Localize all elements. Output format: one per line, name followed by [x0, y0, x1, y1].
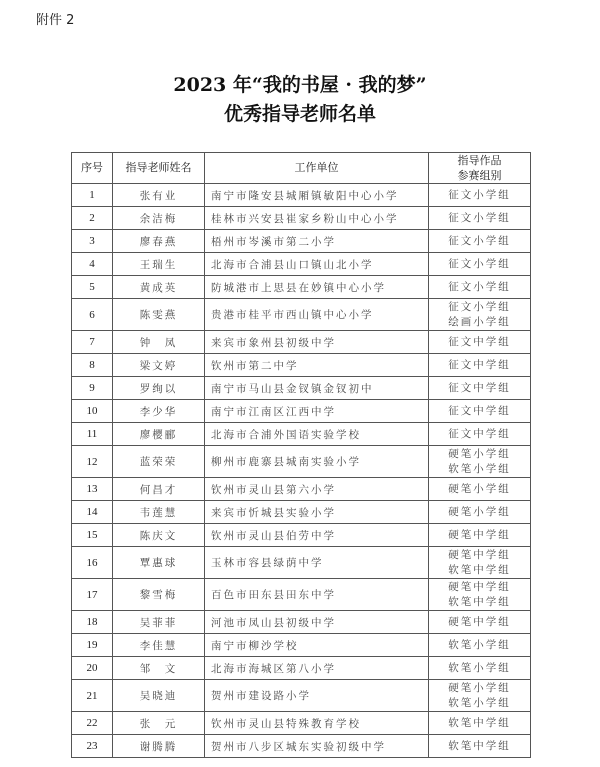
row-index: 6	[72, 299, 113, 331]
table-row: 17黎雪梅百色市田东县田东中学硬笔中学组软笔中学组	[72, 579, 531, 611]
row-index: 14	[72, 501, 113, 524]
row-group-item: 征文小学组	[429, 280, 530, 295]
row-teacher-name: 陈雯燕	[113, 299, 205, 331]
row-index: 9	[72, 377, 113, 400]
header-name: 指导老师姓名	[113, 153, 205, 184]
row-groups: 征文小学组	[429, 276, 531, 299]
row-teacher-name: 韦莲慧	[113, 501, 205, 524]
table-header-row: 序号 指导老师姓名 工作单位 指导作品 参赛组别	[72, 153, 531, 184]
row-index: 13	[72, 478, 113, 501]
row-group-item: 软笔小学组	[429, 462, 530, 477]
row-index: 19	[72, 634, 113, 657]
row-teacher-name: 廖樱郦	[113, 423, 205, 446]
row-work-unit: 北海市海城区第八小学	[205, 657, 429, 680]
row-groups: 征文中学组	[429, 354, 531, 377]
row-group-item: 软笔小学组	[429, 661, 530, 676]
row-group-item: 征文中学组	[429, 427, 530, 442]
row-group-item: 软笔中学组	[429, 563, 530, 578]
row-work-unit: 北海市合浦外国语实验学校	[205, 423, 429, 446]
row-groups: 征文中学组	[429, 423, 531, 446]
row-group-item: 硬笔小学组	[429, 681, 530, 696]
row-index: 17	[72, 579, 113, 611]
document-title: 2023 年“我的书屋 · 我的梦”	[0, 70, 600, 97]
row-groups: 硬笔中学组	[429, 611, 531, 634]
table-row: 5黄成英防城港市上思县在妙镇中心小学征文小学组	[72, 276, 531, 299]
row-work-unit: 南宁市马山县金钗镇金钗初中	[205, 377, 429, 400]
table-row: 7钟 凤来宾市象州县初级中学征文中学组	[72, 331, 531, 354]
row-index: 21	[72, 680, 113, 712]
row-groups: 硬笔小学组	[429, 501, 531, 524]
row-work-unit: 防城港市上思县在妙镇中心小学	[205, 276, 429, 299]
row-group-item: 硬笔小学组	[429, 505, 530, 520]
table-row: 13何昌才钦州市灵山县第六小学硬笔小学组	[72, 478, 531, 501]
row-index: 16	[72, 547, 113, 579]
row-work-unit: 贵港市桂平市西山镇中心小学	[205, 299, 429, 331]
table-row: 8梁文婷钦州市第二中学征文中学组	[72, 354, 531, 377]
header-unit: 工作单位	[205, 153, 429, 184]
row-index: 1	[72, 184, 113, 207]
row-group-item: 硬笔中学组	[429, 548, 530, 563]
row-teacher-name: 张有业	[113, 184, 205, 207]
row-group-item: 软笔中学组	[429, 595, 530, 610]
table-row: 23谢腾腾贺州市八步区城东实验初级中学软笔中学组	[72, 735, 531, 758]
row-groups: 软笔中学组	[429, 712, 531, 735]
row-work-unit: 梧州市岑溪市第二小学	[205, 230, 429, 253]
table-row: 16覃惠球玉林市容县绿荫中学硬笔中学组软笔中学组	[72, 547, 531, 579]
row-index: 3	[72, 230, 113, 253]
row-index: 2	[72, 207, 113, 230]
row-groups: 征文小学组绘画小学组	[429, 299, 531, 331]
row-work-unit: 钦州市灵山县特殊教育学校	[205, 712, 429, 735]
attachment-label: 附件 2	[36, 9, 74, 28]
table-row: 2余洁梅桂林市兴安县崔家乡粉山中心小学征文小学组	[72, 207, 531, 230]
row-group-item: 硬笔小学组	[429, 447, 530, 462]
row-group-item: 征文中学组	[429, 335, 530, 350]
row-group-item: 征文小学组	[429, 234, 530, 249]
row-group-item: 征文小学组	[429, 257, 530, 272]
row-teacher-name: 罗绚以	[113, 377, 205, 400]
row-group-item: 征文小学组	[429, 188, 530, 203]
row-work-unit: 南宁市柳沙学校	[205, 634, 429, 657]
row-groups: 征文中学组	[429, 331, 531, 354]
row-index: 20	[72, 657, 113, 680]
row-work-unit: 北海市合浦县山口镇山北小学	[205, 253, 429, 276]
row-work-unit: 钦州市灵山县第六小学	[205, 478, 429, 501]
row-group-item: 征文中学组	[429, 404, 530, 419]
row-teacher-name: 梁文婷	[113, 354, 205, 377]
row-teacher-name: 何昌才	[113, 478, 205, 501]
row-teacher-name: 吴晓迪	[113, 680, 205, 712]
header-group-line2: 参赛组别	[429, 168, 530, 183]
row-index: 23	[72, 735, 113, 758]
row-work-unit: 钦州市灵山县伯劳中学	[205, 524, 429, 547]
row-teacher-name: 李少华	[113, 400, 205, 423]
row-groups: 软笔小学组	[429, 634, 531, 657]
row-group-item: 征文中学组	[429, 381, 530, 396]
row-work-unit: 南宁市隆安县城厢镇敏阳中心小学	[205, 184, 429, 207]
table-row: 11廖樱郦北海市合浦外国语实验学校征文中学组	[72, 423, 531, 446]
row-work-unit: 贺州市八步区城东实验初级中学	[205, 735, 429, 758]
row-teacher-name: 覃惠球	[113, 547, 205, 579]
table-row: 3廖春燕梧州市岑溪市第二小学征文小学组	[72, 230, 531, 253]
table-row: 10李少华南宁市江南区江西中学征文中学组	[72, 400, 531, 423]
row-groups: 征文小学组	[429, 230, 531, 253]
row-teacher-name: 李佳慧	[113, 634, 205, 657]
teacher-list-table: 序号 指导老师姓名 工作单位 指导作品 参赛组别 1张有业南宁市隆安县城厢镇敏阳…	[71, 152, 531, 758]
row-groups: 征文中学组	[429, 400, 531, 423]
table-row: 14韦莲慧来宾市忻城县实验小学硬笔小学组	[72, 501, 531, 524]
row-group-item: 硬笔中学组	[429, 615, 530, 630]
row-group-item: 硬笔中学组	[429, 528, 530, 543]
row-groups: 征文中学组	[429, 377, 531, 400]
table-row: 12蓝荣荣柳州市鹿寨县城南实验小学硬笔小学组软笔小学组	[72, 446, 531, 478]
row-group-item: 软笔中学组	[429, 739, 530, 754]
row-groups: 硬笔小学组软笔小学组	[429, 680, 531, 712]
row-teacher-name: 余洁梅	[113, 207, 205, 230]
row-index: 18	[72, 611, 113, 634]
row-teacher-name: 黎雪梅	[113, 579, 205, 611]
table-row: 15陈庆文钦州市灵山县伯劳中学硬笔中学组	[72, 524, 531, 547]
row-groups: 软笔中学组	[429, 735, 531, 758]
row-group-item: 征文中学组	[429, 358, 530, 373]
document-subtitle: 优秀指导老师名单	[0, 99, 600, 126]
row-group-item: 软笔小学组	[429, 638, 530, 653]
row-group-item: 征文小学组	[429, 300, 530, 315]
row-index: 22	[72, 712, 113, 735]
table-row: 4王瑞生北海市合浦县山口镇山北小学征文小学组	[72, 253, 531, 276]
table-row: 20邹 文北海市海城区第八小学软笔小学组	[72, 657, 531, 680]
row-teacher-name: 张 元	[113, 712, 205, 735]
row-teacher-name: 蓝荣荣	[113, 446, 205, 478]
row-group-item: 硬笔小学组	[429, 482, 530, 497]
table-row: 18吴菲菲河池市凤山县初级中学硬笔中学组	[72, 611, 531, 634]
row-index: 12	[72, 446, 113, 478]
row-index: 11	[72, 423, 113, 446]
table-row: 6陈雯燕贵港市桂平市西山镇中心小学征文小学组绘画小学组	[72, 299, 531, 331]
row-groups: 硬笔小学组	[429, 478, 531, 501]
header-index: 序号	[72, 153, 113, 184]
row-groups: 软笔小学组	[429, 657, 531, 680]
row-index: 8	[72, 354, 113, 377]
row-work-unit: 钦州市第二中学	[205, 354, 429, 377]
row-teacher-name: 吴菲菲	[113, 611, 205, 634]
row-group-item: 征文小学组	[429, 211, 530, 226]
row-group-item: 软笔小学组	[429, 696, 530, 711]
row-group-item: 软笔中学组	[429, 716, 530, 731]
row-groups: 征文小学组	[429, 253, 531, 276]
row-index: 5	[72, 276, 113, 299]
row-index: 10	[72, 400, 113, 423]
row-groups: 硬笔中学组	[429, 524, 531, 547]
row-index: 15	[72, 524, 113, 547]
row-index: 7	[72, 331, 113, 354]
row-teacher-name: 廖春燕	[113, 230, 205, 253]
row-teacher-name: 邹 文	[113, 657, 205, 680]
row-work-unit: 来宾市忻城县实验小学	[205, 501, 429, 524]
row-teacher-name: 王瑞生	[113, 253, 205, 276]
row-work-unit: 百色市田东县田东中学	[205, 579, 429, 611]
row-group-item: 绘画小学组	[429, 315, 530, 330]
row-teacher-name: 谢腾腾	[113, 735, 205, 758]
row-group-item: 硬笔中学组	[429, 580, 530, 595]
header-group-line1: 指导作品	[429, 153, 530, 168]
row-groups: 硬笔小学组软笔小学组	[429, 446, 531, 478]
row-work-unit: 玉林市容县绿荫中学	[205, 547, 429, 579]
row-work-unit: 柳州市鹿寨县城南实验小学	[205, 446, 429, 478]
row-groups: 硬笔中学组软笔中学组	[429, 547, 531, 579]
row-work-unit: 桂林市兴安县崔家乡粉山中心小学	[205, 207, 429, 230]
header-group: 指导作品 参赛组别	[429, 153, 531, 184]
row-teacher-name: 黄成英	[113, 276, 205, 299]
table-row: 19李佳慧南宁市柳沙学校软笔小学组	[72, 634, 531, 657]
row-teacher-name: 陈庆文	[113, 524, 205, 547]
row-work-unit: 来宾市象州县初级中学	[205, 331, 429, 354]
row-groups: 征文小学组	[429, 184, 531, 207]
row-groups: 硬笔中学组软笔中学组	[429, 579, 531, 611]
table-row: 9罗绚以南宁市马山县金钗镇金钗初中征文中学组	[72, 377, 531, 400]
table-row: 21吴晓迪贺州市建设路小学硬笔小学组软笔小学组	[72, 680, 531, 712]
row-teacher-name: 钟 凤	[113, 331, 205, 354]
row-work-unit: 贺州市建设路小学	[205, 680, 429, 712]
table-body: 1张有业南宁市隆安县城厢镇敏阳中心小学征文小学组2余洁梅桂林市兴安县崔家乡粉山中…	[72, 184, 531, 758]
row-work-unit: 南宁市江南区江西中学	[205, 400, 429, 423]
row-index: 4	[72, 253, 113, 276]
row-groups: 征文小学组	[429, 207, 531, 230]
row-work-unit: 河池市凤山县初级中学	[205, 611, 429, 634]
table-row: 22张 元钦州市灵山县特殊教育学校软笔中学组	[72, 712, 531, 735]
table-row: 1张有业南宁市隆安县城厢镇敏阳中心小学征文小学组	[72, 184, 531, 207]
